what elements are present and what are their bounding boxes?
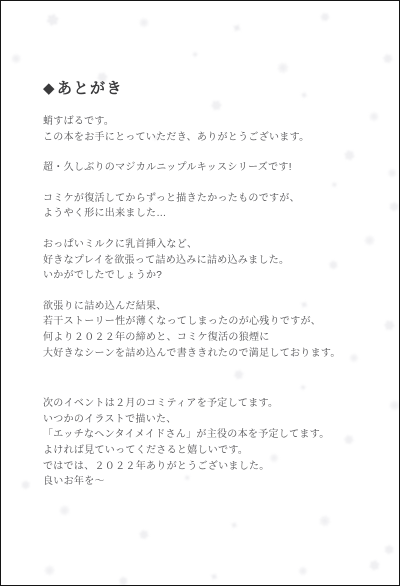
paragraph: おっぱいミルクに乳首挿入など、好きなプレイを欲張って詰め込みに詰め込みました。い…	[43, 237, 373, 284]
diamond-icon: ◆	[43, 80, 56, 97]
sparkle-icon: ✦	[207, 569, 221, 584]
text-line: 何より２０２２年の締めと、コミケ復活の狼煙に	[43, 332, 270, 343]
text-line: 若干ストーリー性が薄くなってしまったのが心残りですが、	[43, 316, 321, 327]
afterword-page: ✽❋✦✽❋✽✦❋✽✦✽❋✦✽❋✦✽❋✽✦✽❋✽✦❋✽❋✦✽❋✽✦❋✽❋✽✦❋✽ …	[0, 0, 400, 586]
text-line: ようやく形に出来ました…	[43, 208, 167, 219]
paragraph: 超・久しぶりのマジカルニップルキッスシリーズです!	[43, 160, 373, 176]
sparkle-icon: ✦	[227, 520, 240, 534]
sparkle-icon: ❋	[10, 52, 23, 66]
text-line: 大好きなシーンを詰め込んで書ききれたので満足しております。	[43, 348, 341, 359]
paragraph: 次のイベントは２月のコミティアを予定してます。いつかのイラストで描いた、「エッチ…	[43, 396, 373, 490]
text-line: いつかのイラストで描いた、	[43, 414, 177, 425]
sparkle-icon: ✽	[383, 544, 394, 557]
text-line: いかがでしたでしょうか?	[43, 270, 162, 281]
sparkle-icon: ❋	[316, 512, 333, 530]
sparkle-icon: ✽	[21, 481, 30, 492]
text-line: この本をお手にとっていただき、ありがとうございます。	[43, 132, 309, 143]
text-line: 次のイベントは２月のコミティアを予定してます。	[43, 398, 278, 409]
sparkle-icon: ❋	[297, 566, 310, 580]
text-line: コミケが復活してからずっと描きたかったものですが、	[43, 193, 300, 204]
sparkle-icon: ❋	[385, 168, 398, 182]
text-line: 蛸すばるです。	[43, 116, 114, 127]
afterword-paragraphs: 蛸すばるです。この本をお手にとっていただき、ありがとうございます。超・久しぶりの…	[43, 114, 373, 490]
text-line: おっぱいミルクに乳首挿入など、	[43, 239, 197, 250]
text-line: よければ見ていってくださると嬉しいです。	[43, 445, 248, 456]
text-line: 良いお年を〜	[43, 476, 105, 487]
text-line: ではでは、２０２２年ありがとうございました。	[43, 461, 270, 472]
sparkle-icon: ✽	[319, 12, 332, 26]
sparkle-icon: ✽	[368, 558, 381, 573]
paragraph: 蛸すばるです。この本をお手にとっていただき、ありがとうございます。	[43, 114, 373, 145]
afterword-content: ◆あとがき 蛸すばるです。この本をお手にとっていただき、ありがとうございます。超…	[43, 77, 373, 505]
sparkle-icon: ✽	[382, 317, 397, 333]
text-line: 好きなプレイを欲張って詰め込みに詰め込みました。	[43, 255, 289, 266]
sparkle-icon: ✽	[44, 11, 64, 31]
sparkle-icon: ✽	[138, 528, 151, 542]
sparkle-icon: ✦	[228, 19, 245, 37]
sparkle-icon: ✦	[191, 51, 200, 61]
text-line: 欲張りに詰め込んだ結果、	[43, 301, 167, 312]
sparkle-icon: ❋	[138, 16, 150, 29]
page-title-text: あとがき	[57, 80, 123, 97]
sparkle-icon: ❋	[386, 397, 400, 414]
text-line: 「エッチなヘンタイメイドさん」が主役の本を予定してます。	[43, 429, 330, 440]
sparkle-icon: ❋	[41, 562, 58, 579]
paragraph: 欲張りに詰め込んだ結果、若干ストーリー性が薄くなってしまったのが心残りですが、何…	[43, 299, 373, 361]
sparkle-icon: ✽	[381, 52, 394, 67]
sparkle-icon: ✽	[388, 200, 399, 213]
paragraph: コミケが復活してからずっと描きたかったものですが、ようやく形に出来ました…	[43, 191, 373, 222]
page-title: ◆あとがき	[43, 77, 373, 98]
sparkle-icon: ✽	[118, 576, 129, 586]
text-line: 超・久しぶりのマジカルニップルキッスシリーズです!	[43, 162, 292, 173]
sparkle-icon: ❋	[274, 59, 292, 77]
